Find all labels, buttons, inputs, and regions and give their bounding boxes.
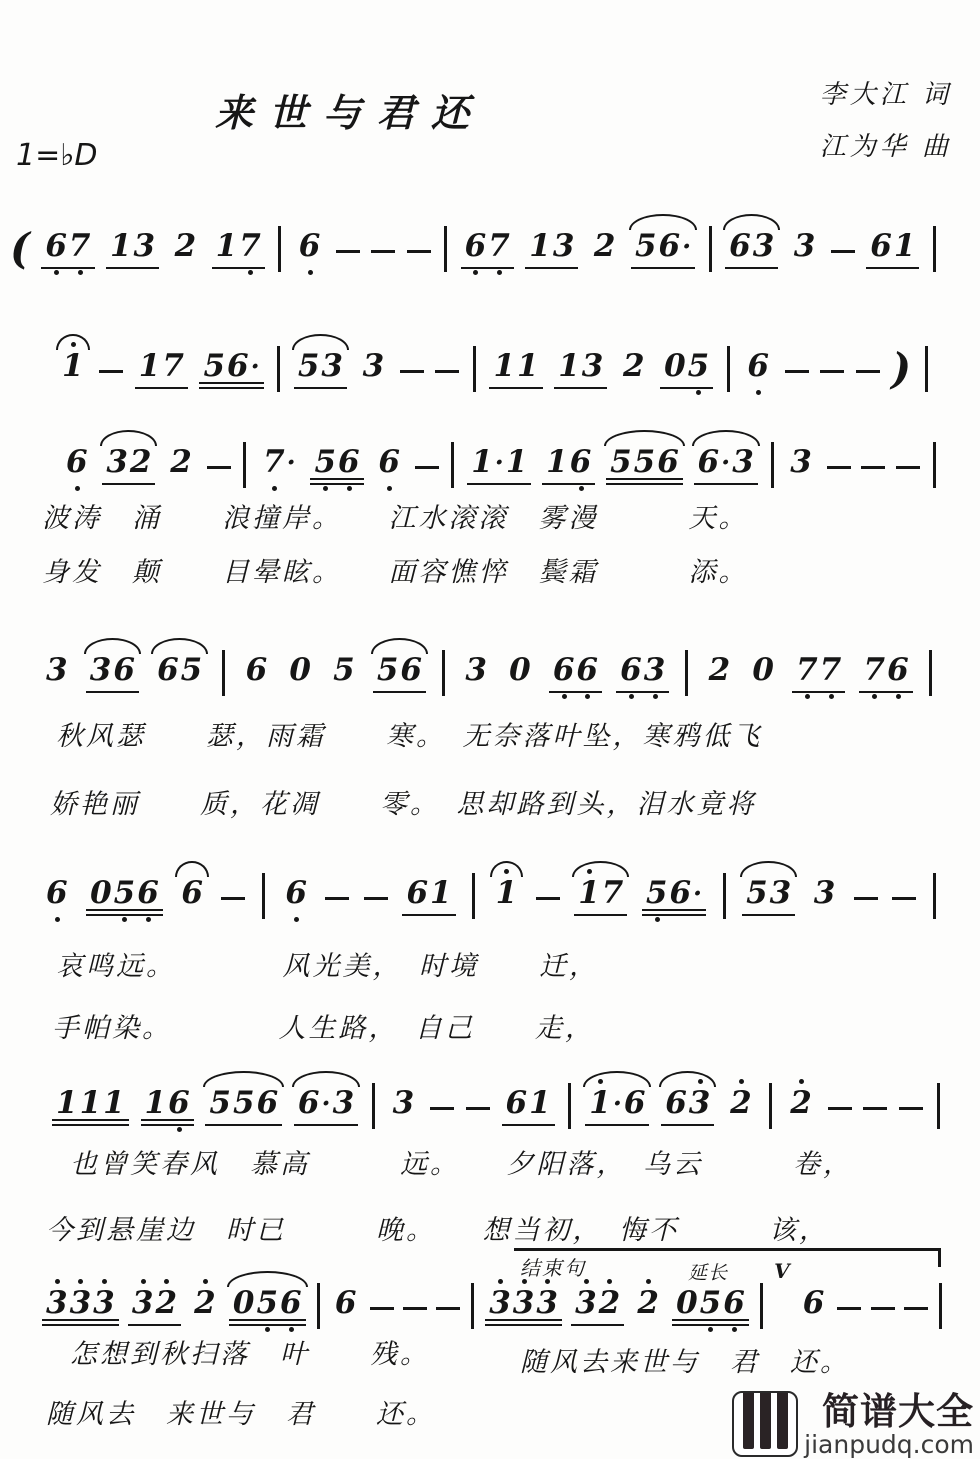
barline (451, 442, 454, 488)
note-token: 53 (294, 349, 347, 389)
lyric-line: 今到悬崖边 时已 晚。 想当初， 悔不 该， (46, 1208, 829, 1247)
note-token: 1·6 (585, 1086, 649, 1126)
note-token: 13 (525, 229, 578, 269)
note-token: 056 (672, 1286, 749, 1326)
note-token: 63 (661, 1086, 714, 1126)
note-token: 3 (810, 876, 840, 916)
composer-credit: 江为华 曲 (820, 126, 952, 163)
note-token: 6 (374, 445, 404, 485)
note-token: 67 (41, 229, 94, 269)
note-token: 65 (153, 653, 206, 693)
note-token: 6 (62, 445, 92, 485)
note-token: 2 (619, 349, 649, 389)
note-token: 0 (505, 653, 535, 693)
barline (933, 442, 936, 488)
duration-dash (892, 897, 916, 900)
note-token: 333 (42, 1286, 119, 1326)
barline (709, 226, 712, 272)
site-watermark: 简谱大全 jianpudq.com (732, 1391, 974, 1457)
music-line-4: 3366560556306663207776 (42, 640, 934, 706)
note-token: 2 (705, 653, 735, 693)
music-line-6: 111165566·33611·66322 (52, 1073, 942, 1139)
barline (472, 873, 475, 919)
lyric-line: 手帕染。 人生路， 自己 走， (52, 1006, 595, 1045)
barline (769, 1083, 772, 1129)
barline (939, 1283, 942, 1329)
duration-dash (837, 1307, 861, 1310)
note-token: 61 (502, 1086, 555, 1126)
music-line-5: 6056666111756·533 (42, 863, 938, 929)
piano-keys-icon (732, 1391, 798, 1457)
duration-dash (370, 1307, 394, 1310)
note-token: 1 (58, 349, 88, 389)
key-signature: 1=♭D (16, 138, 97, 173)
note-token: 3 (359, 349, 389, 389)
note-token: 56· (631, 229, 695, 269)
barline (277, 346, 280, 392)
note-token: 111 (52, 1086, 129, 1126)
duration-dash (99, 370, 123, 373)
note-token: 5 (329, 653, 359, 693)
barline (727, 346, 730, 392)
note-token: 2 (786, 1086, 816, 1126)
note-token: 6 (42, 876, 72, 916)
note-token: 2 (633, 1286, 663, 1326)
fermata-label: 延长 (688, 1258, 728, 1285)
phrase-paren: ) (891, 348, 911, 390)
note-token: 32 (128, 1286, 181, 1326)
note-token: 66 (549, 653, 602, 693)
duration-dash (785, 370, 809, 373)
barline (937, 1083, 940, 1129)
note-token: 77 (792, 653, 845, 693)
ending-phrase-label: 结束句 (520, 1252, 586, 1281)
note-token: 53 (742, 876, 795, 916)
note-token: 3 (389, 1086, 419, 1126)
music-line-1: (671321766713256·63361 (10, 216, 938, 282)
lyric-line: 哀鸣远。 风光美， 时境 迁， (56, 944, 599, 983)
note-token: 56· (199, 349, 263, 389)
barline (444, 226, 447, 272)
lyricist-credit: 李大江 词 (820, 74, 952, 111)
barline (473, 346, 476, 392)
note-token: 11 (489, 349, 542, 389)
duration-dash (861, 466, 885, 469)
duration-dash (871, 1307, 895, 1310)
note-token: 056 (86, 876, 163, 916)
duration-dash (403, 1307, 427, 1310)
duration-dash (207, 466, 231, 469)
note-token: 7· (259, 445, 300, 485)
note-token: 3 (42, 653, 72, 693)
duration-dash (371, 250, 395, 253)
note-token: 1 (492, 876, 522, 916)
note-token: 63 (725, 229, 778, 269)
duration-dash (364, 897, 388, 900)
barline (685, 650, 688, 696)
duration-dash (827, 466, 851, 469)
note-token: 2 (166, 445, 196, 485)
note-token: 32 (571, 1286, 624, 1326)
duration-dash (904, 1307, 928, 1310)
note-token: 556 (606, 445, 683, 485)
duration-dash (896, 466, 920, 469)
note-token: 2 (190, 1286, 220, 1326)
duration-dash (400, 370, 424, 373)
barline (243, 442, 246, 488)
note-token: 32 (102, 445, 155, 485)
note-token: 56 (373, 653, 426, 693)
barline (760, 1283, 763, 1329)
barline (262, 873, 265, 919)
note-token: 6 (177, 876, 207, 916)
watermark-brand: 简谱大全 (822, 1393, 974, 1430)
barline (723, 873, 726, 919)
note-token: 17 (212, 229, 265, 269)
duration-dash (854, 897, 878, 900)
note-token: 6 (799, 1286, 829, 1326)
note-token: 61 (866, 229, 919, 269)
note-token: 6 (743, 349, 773, 389)
duration-dash (820, 370, 844, 373)
note-token: 2 (590, 229, 620, 269)
note-token: 0 (748, 653, 778, 693)
note-token: 36 (86, 653, 139, 693)
note-token: 17 (135, 349, 188, 389)
note-token: 67 (461, 229, 514, 269)
note-token: 63 (616, 653, 669, 693)
note-token: 6 (281, 876, 311, 916)
note-token: 16 (542, 445, 595, 485)
note-token: 13 (106, 229, 159, 269)
music-line-2: 11756·53311132056) (58, 336, 930, 402)
note-token: 6 (295, 229, 325, 269)
note-token: 05 (660, 349, 713, 389)
duration-dash (336, 250, 360, 253)
barline (442, 650, 445, 696)
barline (372, 1083, 375, 1129)
note-token: 556 (205, 1086, 282, 1126)
duration-dash (536, 897, 560, 900)
lyric-line: 也曾笑春风 慕高 远。 夕阳落， 乌云 卷， (70, 1142, 853, 1181)
barline (929, 650, 932, 696)
duration-dash (435, 370, 459, 373)
duration-dash (221, 897, 245, 900)
barline (278, 226, 281, 272)
note-token: 2 (171, 229, 201, 269)
note-token: 16 (141, 1086, 194, 1126)
note-token: 56· (642, 876, 706, 916)
duration-dash (436, 1307, 460, 1310)
note-token: 6 (242, 653, 272, 693)
duration-dash (325, 897, 349, 900)
barline (317, 1283, 320, 1329)
note-token: 3 (786, 445, 816, 485)
barline (568, 1083, 571, 1129)
note-token: 2 (726, 1086, 756, 1126)
lyric-line: 怎想到秋扫落 叶 残。 (70, 1332, 430, 1371)
note-token: 13 (554, 349, 607, 389)
note-token: 6·3 (694, 445, 758, 485)
note-token: 6 (331, 1286, 361, 1326)
note-token: 76 (859, 653, 912, 693)
watermark-domain: jianpudq.com (804, 1432, 974, 1457)
music-line-3: 63227·5661·1165566·33 (62, 432, 938, 498)
duration-dash (899, 1107, 923, 1110)
barline (933, 226, 936, 272)
barline (925, 346, 928, 392)
note-token: 17 (574, 876, 627, 916)
note-token: 3 (790, 229, 820, 269)
lyric-line-ending: 随风去来世与 君 还。 (520, 1340, 850, 1379)
note-token: 0 (285, 653, 315, 693)
phrase-paren: ( (10, 228, 30, 270)
duration-dash (856, 370, 880, 373)
note-token: 056 (229, 1286, 306, 1326)
duration-dash (466, 1107, 490, 1110)
duration-dash (415, 466, 439, 469)
note-token: 56 (310, 445, 363, 485)
note-token: 6·3 (294, 1086, 358, 1126)
note-token: 1·1 (467, 445, 531, 485)
lyric-line: 随风去 来世与 君 还。 (46, 1392, 436, 1431)
duration-dash (407, 250, 431, 253)
lyric-line: 波涛 涌 浪撞岸。 江水滚滚 雾漫 天。 (42, 496, 749, 535)
barline (933, 873, 936, 919)
note-token: 333 (485, 1286, 562, 1326)
duration-dash (831, 250, 855, 253)
duration-dash (430, 1107, 454, 1110)
note-token: 3 (461, 653, 491, 693)
lyric-line: 娇艳丽 质，花凋 零。 思却路到头，泪水竟将 (50, 782, 757, 821)
lyric-line: 秋风瑟 瑟，雨霜 寒。 无奈落叶坠，寒鸦低飞 (56, 714, 763, 753)
barline (471, 1283, 474, 1329)
note-token: 61 (402, 876, 455, 916)
barline (771, 442, 774, 488)
barline (222, 650, 225, 696)
duration-dash (828, 1107, 852, 1110)
lyric-line: 身发 颠 目晕眩。 面容憔悴 鬓霜 添。 (42, 550, 749, 589)
song-title: 来世与君还 (0, 82, 700, 137)
music-line-7: 3333220566333322056V6 (42, 1273, 944, 1339)
duration-dash (863, 1107, 887, 1110)
